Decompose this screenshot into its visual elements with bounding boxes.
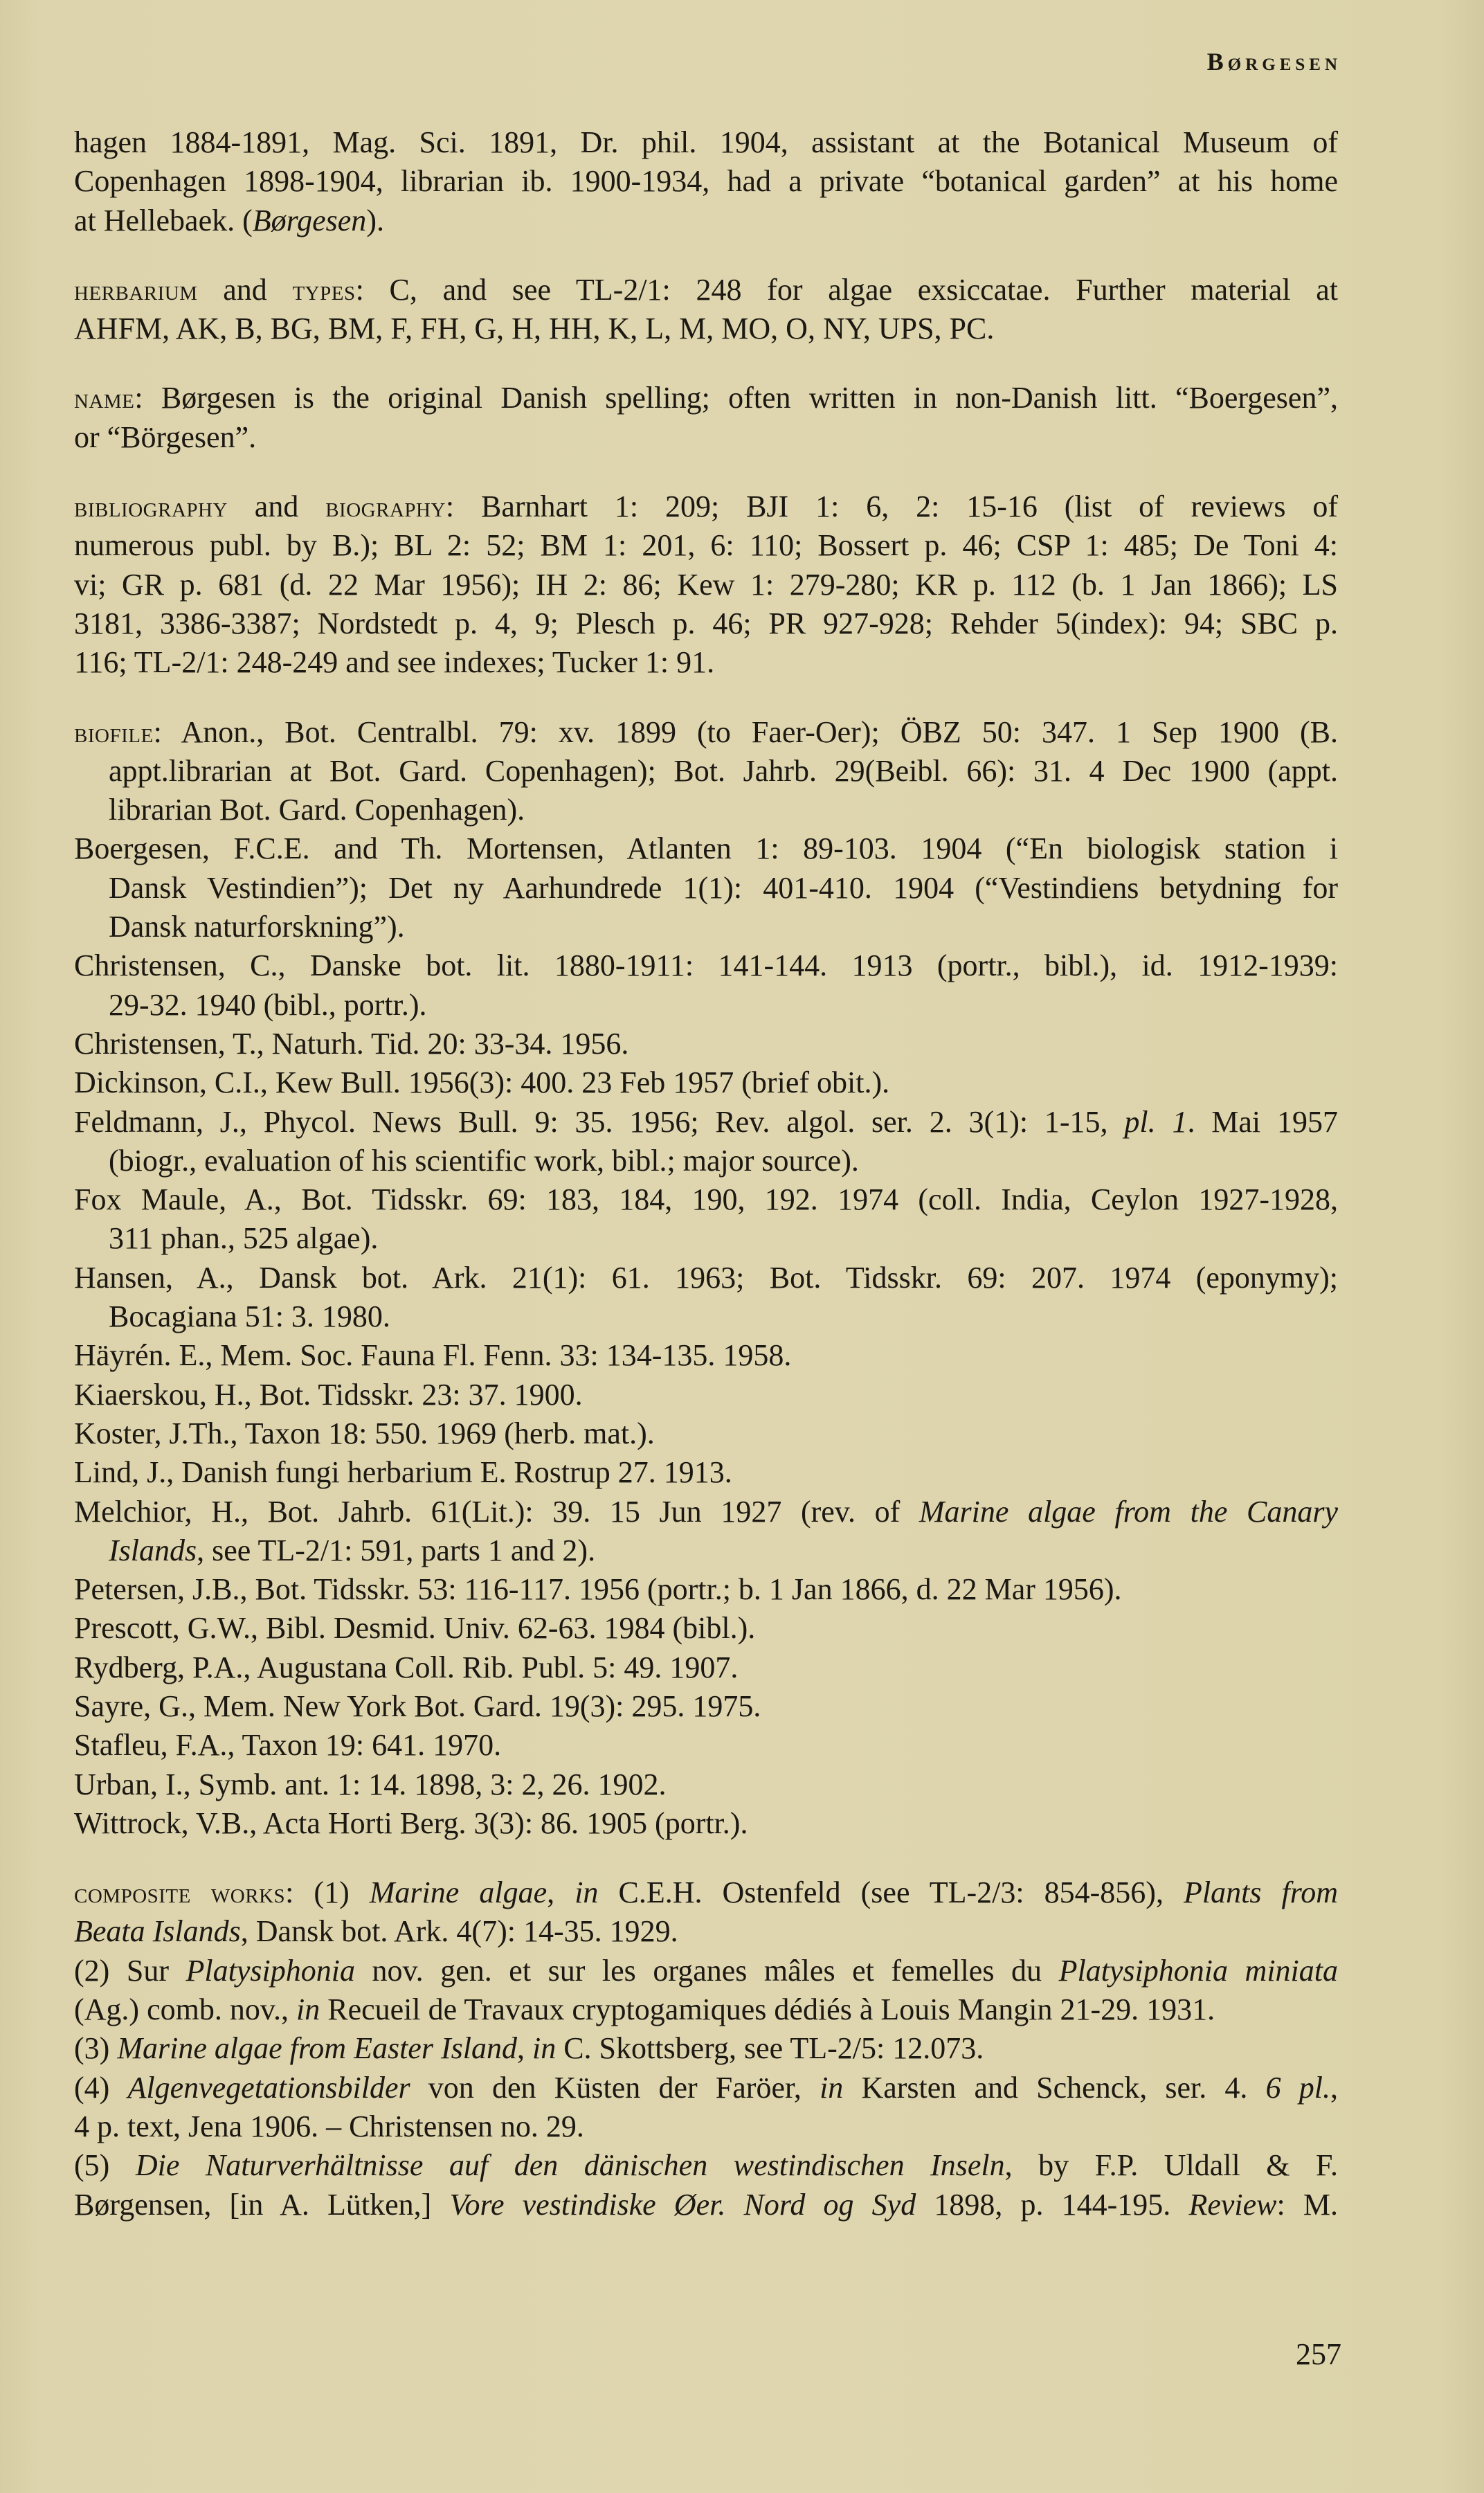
text-run: 4 p. text, Jena 1906. – Christensen no. … bbox=[74, 2109, 584, 2143]
section-label: BIOGRAPHY bbox=[325, 492, 446, 523]
italic-text: Børgesen bbox=[253, 204, 367, 237]
italic-text: in bbox=[296, 1992, 320, 2026]
bibliography-entry: Kiaerskou, H., Bot. Tidsskr. 23: 37. 190… bbox=[74, 1376, 1338, 1414]
text-run: , bbox=[1330, 2071, 1338, 2105]
text-run: Bocagiana 51: 3. 1980. bbox=[109, 1299, 390, 1333]
text-run: Børgensen, [in A. Lütken,] bbox=[74, 2188, 449, 2222]
text-run: Sayre, G., Mem. New York Bot. Gard. 19(3… bbox=[74, 1689, 761, 1723]
page-number: 257 bbox=[1296, 2337, 1341, 2372]
text-run: 3181, 3386-3387; Nordstedt p. 4, 9; Ples… bbox=[74, 606, 1338, 640]
text-run: Dickinson, C.I., Kew Bull. 1956(3): 400.… bbox=[74, 1065, 889, 1099]
text-run: Rydberg, P.A., Augustana Coll. Rib. Publ… bbox=[74, 1650, 738, 1684]
text-line: Beata Islands, Dansk bot. Ark. 4(7): 14-… bbox=[74, 1912, 1338, 1951]
text-line: Koster, J.Th., Taxon 18: 550. 1969 (herb… bbox=[74, 1414, 1338, 1453]
text-line: HERBARIUM and TYPES: C, and see TL-2/1: … bbox=[74, 271, 1338, 309]
italic-text: 6 pl. bbox=[1266, 2071, 1330, 2105]
bibliography-entry: Rydberg, P.A., Augustana Coll. Rib. Publ… bbox=[74, 1648, 1338, 1687]
text-line: NAME: Børgesen is the original Danish sp… bbox=[74, 379, 1338, 417]
text-line: (3) Marine algae from Easter Island, in … bbox=[74, 2029, 1338, 2068]
italic-text: Islands bbox=[109, 1533, 197, 1567]
text-run: Wittrock, V.B., Acta Horti Berg. 3(3): 8… bbox=[74, 1806, 748, 1840]
text-line: or “Börgesen”. bbox=[74, 418, 1338, 457]
section-label: BIOFILE bbox=[74, 717, 154, 749]
bibliography-entry: Wittrock, V.B., Acta Horti Berg. 3(3): 8… bbox=[74, 1804, 1338, 1843]
text-line: (biogr., evaluation of his scientific wo… bbox=[74, 1142, 1338, 1180]
text-run: Hansen, A., Dansk bot. Ark. 21(1): 61. 1… bbox=[74, 1261, 1338, 1295]
text-line: (Ag.) comb. nov., in Recueil de Travaux … bbox=[74, 1990, 1338, 2029]
text-line: Wittrock, V.B., Acta Horti Berg. 3(3): 8… bbox=[74, 1804, 1338, 1843]
text-run: : C, and see TL-2/1: 248 for algae exsic… bbox=[356, 273, 1338, 307]
text-run: Lind, J., Danish fungi herbarium E. Rost… bbox=[74, 1455, 732, 1489]
bibliography-entry: (2) Sur Platysiphonia nov. gen. et sur l… bbox=[74, 1952, 1338, 2030]
text-line: Kiaerskou, H., Bot. Tidsskr. 23: 37. 190… bbox=[74, 1376, 1338, 1414]
text-line: Islands, see TL-2/1: 591, parts 1 and 2)… bbox=[74, 1531, 1338, 1570]
text-line: numerous publ. by B.); BL 2: 52; BM 1: 2… bbox=[74, 526, 1338, 565]
text-run: : Barnhart 1: 209; BJI 1: 6, 2: 15-16 (l… bbox=[446, 489, 1338, 523]
text-run: . Mai 1957 bbox=[1187, 1105, 1338, 1139]
text-run: Kiaerskou, H., Bot. Tidsskr. 23: 37. 190… bbox=[74, 1378, 583, 1412]
italic-text: Review bbox=[1188, 2188, 1276, 2222]
text-run: , see TL-2/1: 591, parts 1 and 2). bbox=[197, 1533, 595, 1567]
section-label: TYPES bbox=[292, 275, 355, 307]
text-line: 3181, 3386-3387; Nordstedt p. 4, 9; Ples… bbox=[74, 604, 1338, 643]
section-composite-works: COMPOSITE WORKS: (1) Marine algae, in C.… bbox=[74, 1873, 1338, 2224]
text-run: and bbox=[198, 273, 293, 307]
text-run: appt.librarian at Bot. Gard. Copenhagen)… bbox=[109, 754, 1338, 788]
section-biography-continued: hagen 1884-1891, Mag. Sci. 1891, Dr. phi… bbox=[74, 123, 1338, 240]
text-run: (4) bbox=[74, 2071, 127, 2105]
bibliography-entry: Christensen, C., Danske bot. lit. 1880-1… bbox=[74, 946, 1338, 1025]
text-line: (2) Sur Platysiphonia nov. gen. et sur l… bbox=[74, 1952, 1338, 1990]
italic-text: Die Naturverhältnisse auf den dänischen … bbox=[136, 2148, 1005, 2182]
text-run: Christensen, C., Danske bot. lit. 1880-1… bbox=[74, 948, 1338, 982]
bibliography-entry: (5) Die Naturverhältnisse auf den dänisc… bbox=[74, 2146, 1338, 2224]
text-run: von den Küsten der Faröer, bbox=[410, 2071, 820, 2105]
text-run: Urban, I., Symb. ant. 1: 14. 1898, 3: 2,… bbox=[74, 1767, 667, 1801]
text-line: Fox Maule, A., Bot. Tidsskr. 69: 183, 18… bbox=[74, 1180, 1338, 1219]
section-label: COMPOSITE WORKS bbox=[74, 1878, 285, 1909]
bibliography-entry: Boergesen, F.C.E. and Th. Mortensen, Atl… bbox=[74, 829, 1338, 946]
text-line: Hansen, A., Dansk bot. Ark. 21(1): 61. 1… bbox=[74, 1259, 1338, 1297]
text-line: 4 p. text, Jena 1906. – Christensen no. … bbox=[74, 2107, 1338, 2146]
text-run: Koster, J.Th., Taxon 18: 550. 1969 (herb… bbox=[74, 1416, 655, 1450]
text-line: Rydberg, P.A., Augustana Coll. Rib. Publ… bbox=[74, 1648, 1338, 1687]
italic-text: Beata Islands bbox=[74, 1914, 241, 1948]
text-run: Häyrén. E., Mem. Soc. Fauna Fl. Fenn. 33… bbox=[74, 1338, 791, 1372]
italic-text: Plants from bbox=[1184, 1875, 1338, 1909]
bibliography-entry: COMPOSITE WORKS: (1) Marine algae, in C.… bbox=[74, 1873, 1338, 1952]
text-line: librarian Bot. Gard. Copenhagen). bbox=[74, 791, 1338, 829]
text-line: Boergesen, F.C.E. and Th. Mortensen, Atl… bbox=[74, 829, 1338, 868]
section-label: HERBARIUM bbox=[74, 275, 198, 307]
bibliography-entry: (4) Algenvegetationsbilder von den Küste… bbox=[74, 2069, 1338, 2147]
text-line: 29-32. 1940 (bibl., portr.). bbox=[74, 986, 1338, 1025]
text-run: or “Börgesen”. bbox=[74, 420, 256, 454]
bibliography-entry: Dickinson, C.I., Kew Bull. 1956(3): 400.… bbox=[74, 1063, 1338, 1102]
text-line: Melchior, H., Bot. Jahrb. 61(Lit.): 39. … bbox=[74, 1493, 1338, 1531]
bibliography-entry: Stafleu, F.A., Taxon 19: 641. 1970. bbox=[74, 1726, 1338, 1765]
text-run: numerous publ. by B.); BL 2: 52; BM 1: 2… bbox=[74, 528, 1338, 562]
italic-text: Platysiphonia miniata bbox=[1059, 1954, 1338, 1988]
italic-text: in bbox=[532, 2031, 556, 2065]
italic-text: pl. 1 bbox=[1124, 1105, 1187, 1139]
text-line: Dickinson, C.I., Kew Bull. 1956(3): 400.… bbox=[74, 1063, 1338, 1102]
text-line: Copenhagen 1898-1904, librarian ib. 1900… bbox=[74, 162, 1338, 201]
text-run: vi; GR p. 681 (d. 22 Mar 1956); IH 2: 86… bbox=[74, 568, 1338, 602]
text-run: nov. gen. et sur les organes mâles et fe… bbox=[355, 1954, 1059, 1988]
text-line: 311 phan., 525 algae). bbox=[74, 1219, 1338, 1258]
text-run: Stafleu, F.A., Taxon 19: 641. 1970. bbox=[74, 1728, 501, 1762]
text-run: : Anon., Bot. Centralbl. 79: xv. 1899 (t… bbox=[154, 715, 1338, 749]
text-run: AHFM, AK, B, BG, BM, F, FH, G, H, HH, K,… bbox=[74, 312, 994, 345]
text-run: 311 phan., 525 algae). bbox=[109, 1221, 378, 1255]
italic-text: in bbox=[574, 1875, 598, 1909]
text-run: (biogr., evaluation of his scientific wo… bbox=[109, 1144, 859, 1178]
italic-text: Vore vestindiske Øer. Nord og Syd bbox=[449, 2188, 916, 2222]
text-line: Børgensen, [in A. Lütken,] Vore vestindi… bbox=[74, 2186, 1338, 2224]
italic-text: Algenvegetationsbilder bbox=[127, 2071, 410, 2105]
text-run: Dansk naturforskning”). bbox=[109, 910, 405, 944]
bibliography-entry: Prescott, G.W., Bibl. Desmid. Univ. 62-6… bbox=[74, 1609, 1338, 1648]
section-name-note: NAME: Børgesen is the original Danish sp… bbox=[74, 379, 1338, 457]
text-run: ). bbox=[366, 204, 384, 237]
bibliography-entry: Petersen, J.B., Bot. Tidsskr. 53: 116-11… bbox=[74, 1570, 1338, 1609]
text-line: Urban, I., Symb. ant. 1: 14. 1898, 3: 2,… bbox=[74, 1765, 1338, 1804]
section-herbarium-and-types: HERBARIUM and TYPES: C, and see TL-2/1: … bbox=[74, 271, 1338, 349]
text-run: Prescott, G.W., Bibl. Desmid. Univ. 62-6… bbox=[74, 1611, 755, 1645]
bibliography-entry: Feldmann, J., Phycol. News Bull. 9: 35. … bbox=[74, 1103, 1338, 1181]
text-run: , bbox=[547, 1875, 574, 1909]
bibliography-entry: Hansen, A., Dansk bot. Ark. 21(1): 61. 1… bbox=[74, 1259, 1338, 1337]
italic-text: Platysiphonia bbox=[186, 1954, 355, 1988]
text-line: Lind, J., Danish fungi herbarium E. Rost… bbox=[74, 1453, 1338, 1492]
text-run: Christensen, T., Naturh. Tid. 20: 33-34.… bbox=[74, 1027, 628, 1061]
text-run: , bbox=[517, 2031, 532, 2065]
text-line: Bocagiana 51: 3. 1980. bbox=[74, 1297, 1338, 1336]
text-run: Karsten and Schenck, ser. 4. bbox=[843, 2071, 1265, 2105]
text-run: : Børgesen is the original Danish spelli… bbox=[134, 381, 1338, 415]
text-run: Copenhagen 1898-1904, librarian ib. 1900… bbox=[74, 164, 1338, 198]
text-run: Dansk Vestindien”); Det ny Aarhundrede 1… bbox=[109, 871, 1338, 905]
bibliography-entry: Melchior, H., Bot. Jahrb. 61(Lit.): 39. … bbox=[74, 1493, 1338, 1571]
section-label: NAME bbox=[74, 383, 134, 415]
text-run: 29-32. 1940 (bibl., portr.). bbox=[109, 988, 427, 1022]
running-head: Børgesen bbox=[1207, 47, 1341, 76]
bibliography-entry: Lind, J., Danish fungi herbarium E. Rost… bbox=[74, 1453, 1338, 1492]
text-run: at Hellebaek. ( bbox=[74, 204, 253, 237]
bibliography-entry: HERBARIUM and TYPES: C, and see TL-2/1: … bbox=[74, 271, 1338, 349]
text-run: Petersen, J.B., Bot. Tidsskr. 53: 116-11… bbox=[74, 1572, 1122, 1606]
text-run: Feldmann, J., Phycol. News Bull. 9: 35. … bbox=[74, 1105, 1124, 1139]
text-run: 1898, p. 144-195. bbox=[916, 2188, 1188, 2222]
text-line: (5) Die Naturverhältnisse auf den dänisc… bbox=[74, 2146, 1338, 2185]
bibliography-entry: Sayre, G., Mem. New York Bot. Gard. 19(3… bbox=[74, 1687, 1338, 1726]
text-run: hagen 1884-1891, Mag. Sci. 1891, Dr. phi… bbox=[74, 125, 1338, 159]
text-line: AHFM, AK, B, BG, BM, F, FH, G, H, HH, K,… bbox=[74, 309, 1338, 348]
text-line: COMPOSITE WORKS: (1) Marine algae, in C.… bbox=[74, 1873, 1338, 1912]
text-line: BIOFILE: Anon., Bot. Centralbl. 79: xv. … bbox=[74, 713, 1338, 752]
bibliography-entry: (3) Marine algae from Easter Island, in … bbox=[74, 2029, 1338, 2068]
text-line: Christensen, C., Danske bot. lit. 1880-1… bbox=[74, 946, 1338, 985]
text-run: : M. bbox=[1277, 2188, 1339, 2222]
text-run: C. Skottsberg, see TL-2/5: 12.073. bbox=[556, 2031, 984, 2065]
text-line: at Hellebaek. (Børgesen). bbox=[74, 201, 1338, 240]
text-run: (5) bbox=[74, 2148, 136, 2182]
text-line: Stafleu, F.A., Taxon 19: 641. 1970. bbox=[74, 1726, 1338, 1765]
bibliography-entry: Häyrén. E., Mem. Soc. Fauna Fl. Fenn. 33… bbox=[74, 1336, 1338, 1375]
text-run: C.E.H. Ostenfeld (see TL-2/3: 854-856), bbox=[598, 1875, 1184, 1909]
text-line: Sayre, G., Mem. New York Bot. Gard. 19(3… bbox=[74, 1687, 1338, 1726]
text-run: Melchior, H., Bot. Jahrb. 61(Lit.): 39. … bbox=[74, 1495, 919, 1529]
text-line: (4) Algenvegetationsbilder von den Küste… bbox=[74, 2069, 1338, 2107]
bibliography-entry: hagen 1884-1891, Mag. Sci. 1891, Dr. phi… bbox=[74, 123, 1338, 240]
text-run: (3) bbox=[74, 2031, 117, 2065]
section-label: BIBLIOGRAPHY bbox=[74, 492, 228, 523]
text-run: Recueil de Travaux cryptogamiques dédiés… bbox=[320, 1992, 1215, 2026]
italic-text: Marine algae bbox=[370, 1875, 547, 1909]
bibliography-entry: Fox Maule, A., Bot. Tidsskr. 69: 183, 18… bbox=[74, 1180, 1338, 1259]
text-line: Häyrén. E., Mem. Soc. Fauna Fl. Fenn. 33… bbox=[74, 1336, 1338, 1375]
text-run: , by F.P. Uldall & F. bbox=[1005, 2148, 1338, 2182]
text-run: Fox Maule, A., Bot. Tidsskr. 69: 183, 18… bbox=[74, 1182, 1338, 1216]
italic-text: Marine algae from the Canary bbox=[919, 1495, 1338, 1529]
text-run: librarian Bot. Gard. Copenhagen). bbox=[109, 793, 525, 827]
text-line: Christensen, T., Naturh. Tid. 20: 33-34.… bbox=[74, 1025, 1338, 1063]
bibliography-entry: Christensen, T., Naturh. Tid. 20: 33-34.… bbox=[74, 1025, 1338, 1063]
text-line: Dansk Vestindien”); Det ny Aarhundrede 1… bbox=[74, 869, 1338, 908]
bibliography-entry: BIOFILE: Anon., Bot. Centralbl. 79: xv. … bbox=[74, 713, 1338, 830]
text-line: Dansk naturforskning”). bbox=[74, 908, 1338, 946]
text-line: Prescott, G.W., Bibl. Desmid. Univ. 62-6… bbox=[74, 1609, 1338, 1648]
section-biofile: BIOFILE: Anon., Bot. Centralbl. 79: xv. … bbox=[74, 713, 1338, 1844]
text-run: 116; TL-2/1: 248-249 and see indexes; Tu… bbox=[74, 645, 714, 679]
bibliography-entry: BIBLIOGRAPHY and BIOGRAPHY: Barnhart 1: … bbox=[74, 487, 1338, 682]
text-run: Boergesen, F.C.E. and Th. Mortensen, Atl… bbox=[74, 831, 1338, 865]
text-run: (2) Sur bbox=[74, 1954, 186, 1988]
bibliography-entry: Urban, I., Symb. ant. 1: 14. 1898, 3: 2,… bbox=[74, 1765, 1338, 1804]
italic-text: in bbox=[820, 2071, 843, 2105]
text-line: BIBLIOGRAPHY and BIOGRAPHY: Barnhart 1: … bbox=[74, 487, 1338, 526]
text-line: Feldmann, J., Phycol. News Bull. 9: 35. … bbox=[74, 1103, 1338, 1142]
bibliography-entry: NAME: Børgesen is the original Danish sp… bbox=[74, 379, 1338, 457]
text-run: (Ag.) comb. nov., bbox=[74, 1992, 296, 2026]
bibliography-entry: Koster, J.Th., Taxon 18: 550. 1969 (herb… bbox=[74, 1414, 1338, 1453]
text-line: vi; GR p. 681 (d. 22 Mar 1956); IH 2: 86… bbox=[74, 566, 1338, 604]
text-line: hagen 1884-1891, Mag. Sci. 1891, Dr. phi… bbox=[74, 123, 1338, 162]
text-run: : (1) bbox=[285, 1875, 370, 1909]
text-line: appt.librarian at Bot. Gard. Copenhagen)… bbox=[74, 752, 1338, 791]
text-line: Petersen, J.B., Bot. Tidsskr. 53: 116-11… bbox=[74, 1570, 1338, 1609]
page-body: hagen 1884-1891, Mag. Sci. 1891, Dr. phi… bbox=[74, 123, 1338, 2255]
text-line: 116; TL-2/1: 248-249 and see indexes; Tu… bbox=[74, 643, 1338, 682]
text-run: , Dansk bot. Ark. 4(7): 14-35. 1929. bbox=[241, 1914, 678, 1948]
italic-text: Marine algae from Easter Island bbox=[117, 2031, 517, 2065]
text-run: and bbox=[228, 489, 325, 523]
section-bibliography-and-biography: BIBLIOGRAPHY and BIOGRAPHY: Barnhart 1: … bbox=[74, 487, 1338, 682]
